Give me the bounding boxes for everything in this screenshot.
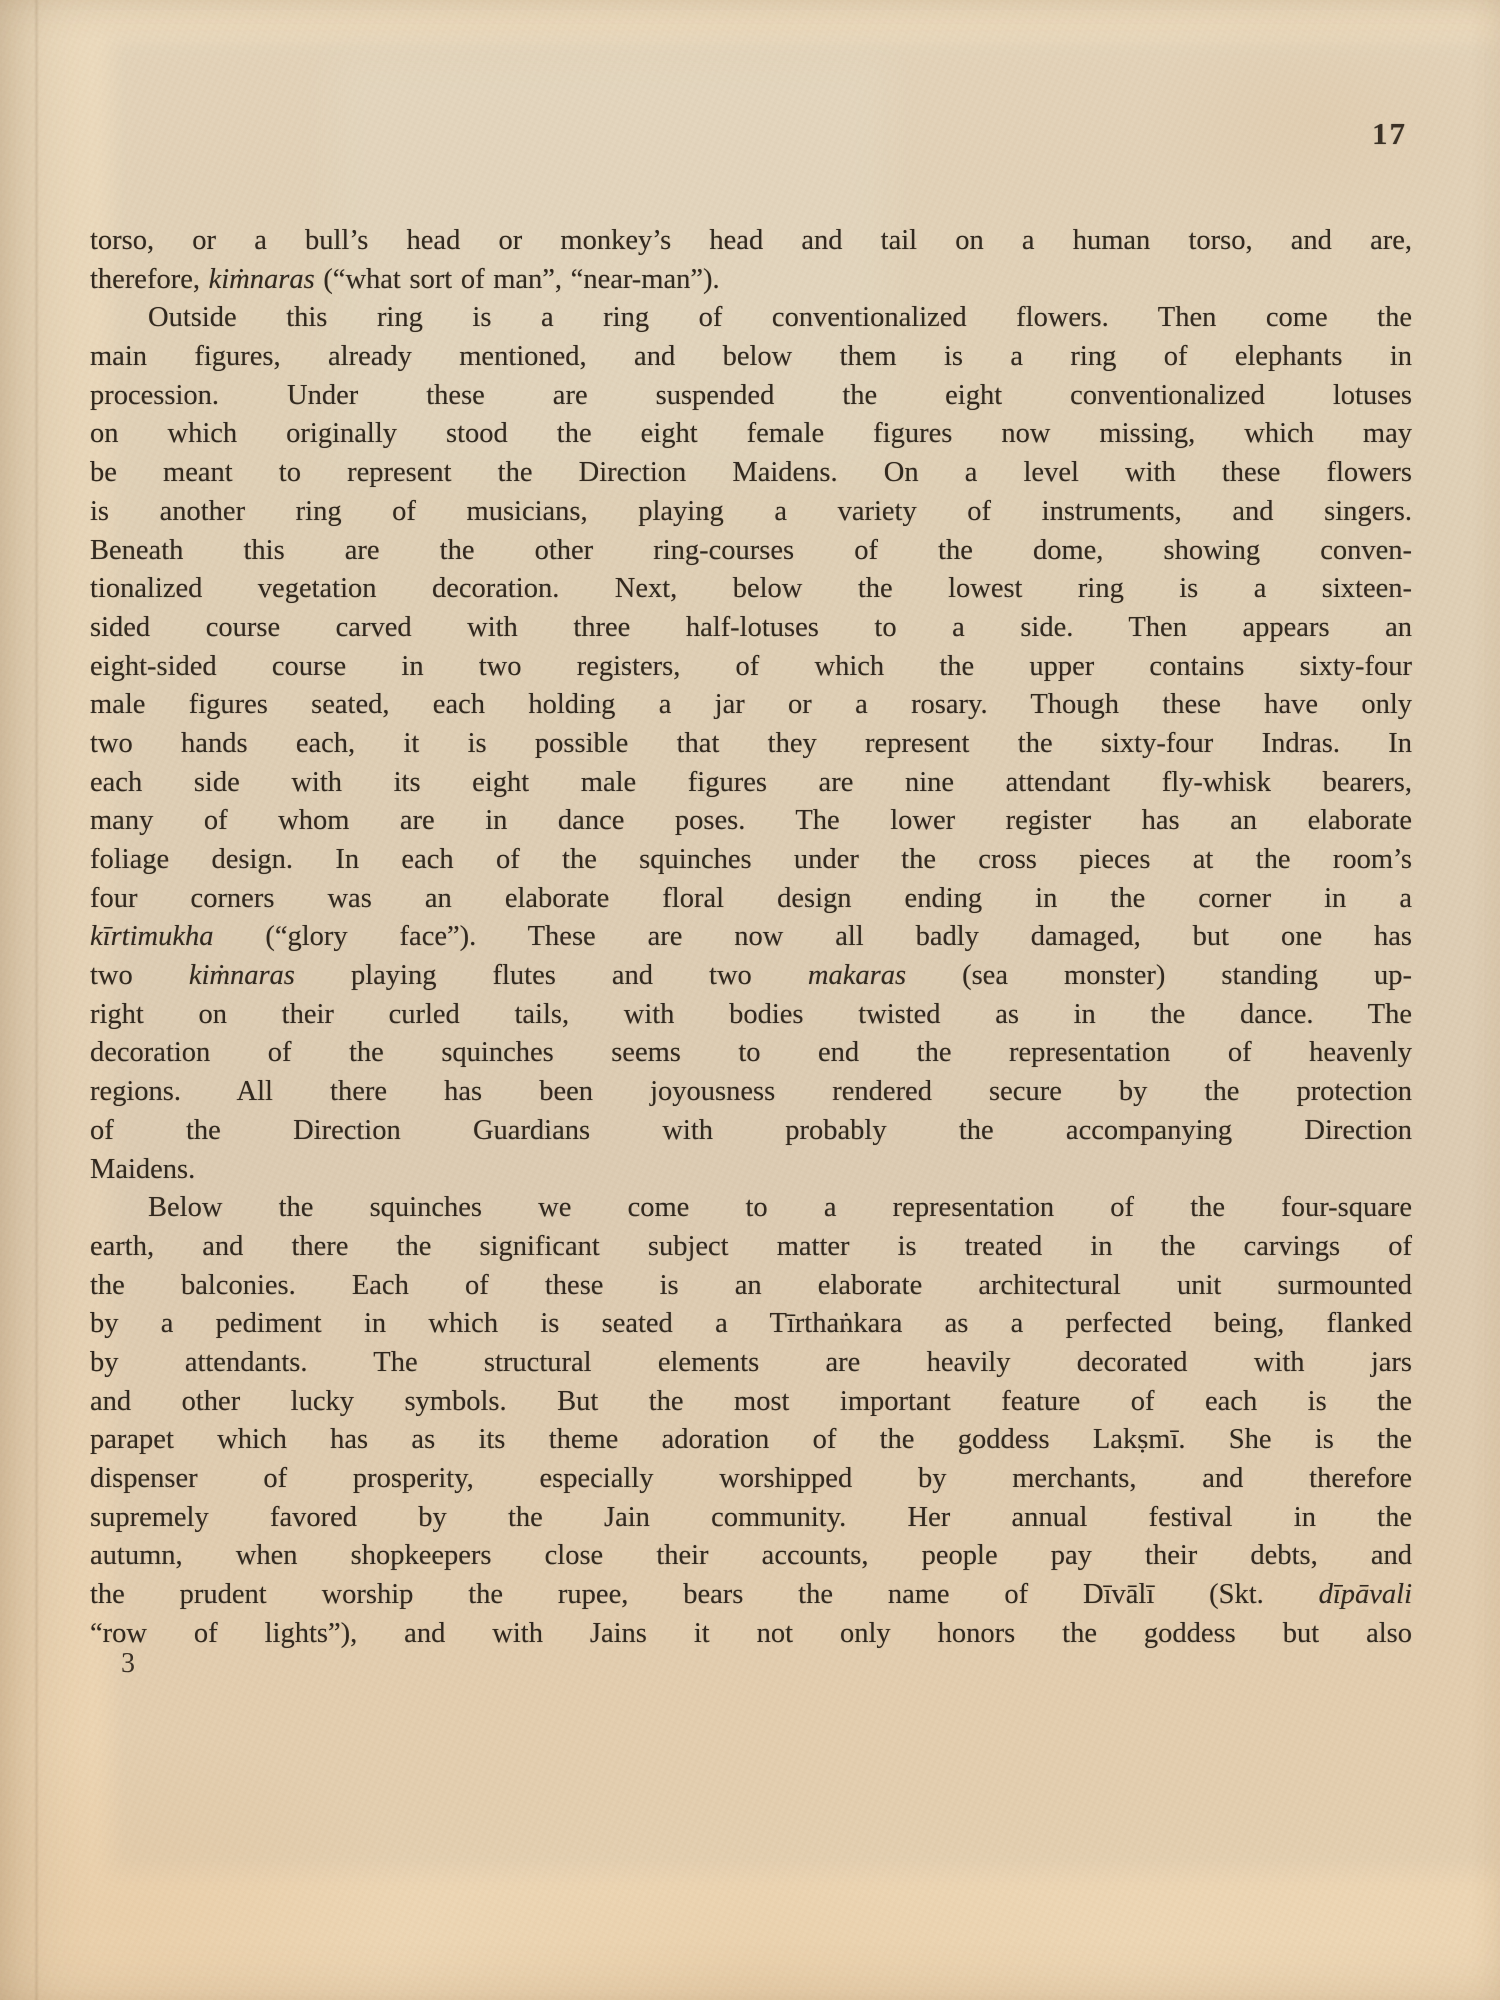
text-line: procession. Under these are suspended th… <box>90 377 1412 416</box>
text-run: Maidens. <box>90 1154 195 1185</box>
text-line: many of whom are in dance poses. The low… <box>90 802 1412 841</box>
text-line: tionalized vegetation decoration. Next, … <box>90 570 1412 609</box>
text-run: Beneath this are the other ring-courses … <box>90 535 1412 566</box>
text-run: and other lucky symbols. But the most im… <box>90 1386 1412 1417</box>
text-line: Below the squinches we come to a represe… <box>90 1189 1412 1228</box>
text-line: “row of lights”), and with Jains it not … <box>90 1615 1412 1654</box>
text-line: Outside this ring is a ring of conventio… <box>90 299 1412 338</box>
text-run: playing flutes and two <box>295 960 808 991</box>
text-line: autumn, when shopkeepers close their acc… <box>90 1537 1412 1576</box>
text-line: dispenser of prosperity, especially wors… <box>90 1460 1412 1499</box>
text-run: supremely favored by the Jain community.… <box>90 1502 1412 1533</box>
text-line: by a pediment in which is seated a Tīrth… <box>90 1305 1412 1344</box>
text-run: male figures seated, each holding a jar … <box>90 689 1412 720</box>
text-run: earth, and there the significant subject… <box>90 1231 1412 1262</box>
text-line: two hands each, it is possible that they… <box>90 725 1412 764</box>
text-run: each side with its eight male figures ar… <box>90 767 1412 798</box>
text-line: earth, and there the significant subject… <box>90 1228 1412 1267</box>
text-run: two hands each, it is possible that they… <box>90 728 1412 759</box>
text-line: decoration of the squinches seems to end… <box>90 1034 1412 1073</box>
text-line: foliage design. In each of the squinches… <box>90 841 1412 880</box>
text-run: main figures, already mentioned, and bel… <box>90 341 1412 372</box>
text-run: (“what sort of man”, “near-man”). <box>315 264 720 295</box>
text-run: on which originally stood the eight fema… <box>90 418 1412 449</box>
text-run: therefore, <box>90 264 209 295</box>
text-line: on which originally stood the eight fema… <box>90 415 1412 454</box>
text-run: the prudent worship the rupee, bears the… <box>90 1579 1319 1610</box>
text-run: many of whom are in dance poses. The low… <box>90 805 1412 836</box>
text-run: be meant to represent the Direction Maid… <box>90 457 1412 488</box>
text-run: Below the squinches we come to a represe… <box>148 1192 1412 1223</box>
text-line: sided course carved with three half-lotu… <box>90 609 1412 648</box>
page-number: 17 <box>1372 116 1407 152</box>
text-run: tionalized vegetation decoration. Next, … <box>90 573 1412 604</box>
italic-term: dīpāvali <box>1319 1579 1412 1610</box>
text-run: foliage design. In each of the squinches… <box>90 844 1412 875</box>
text-line: the prudent worship the rupee, bears the… <box>90 1576 1412 1615</box>
text-line: be meant to represent the Direction Maid… <box>90 454 1412 493</box>
text-run: eight-sided course in two registers, of … <box>90 651 1412 682</box>
text-run: sided course carved with three half-lotu… <box>90 612 1412 643</box>
text-line: two kiṁnaras playing flutes and two maka… <box>90 957 1412 996</box>
text-line: torso, or a bull’s head or monkey’s head… <box>90 222 1412 261</box>
text-line: regions. All there has been joyousness r… <box>90 1073 1412 1112</box>
text-run: four corners was an elaborate floral des… <box>90 883 1412 914</box>
text-line: right on their curled tails, with bodies… <box>90 996 1412 1035</box>
text-line: the balconies. Each of these is an elabo… <box>90 1267 1412 1306</box>
italic-term: kīrtimukha <box>90 921 213 952</box>
text-line: main figures, already mentioned, and bel… <box>90 338 1412 377</box>
text-line: of the Direction Guardians with probably… <box>90 1112 1412 1151</box>
text-run: Outside this ring is a ring of conventio… <box>148 302 1412 333</box>
text-run: torso, or a bull’s head or monkey’s head… <box>90 225 1412 256</box>
text-line: and other lucky symbols. But the most im… <box>90 1383 1412 1422</box>
text-run: right on their curled tails, with bodies… <box>90 999 1412 1030</box>
text-line: is another ring of musicians, playing a … <box>90 493 1412 532</box>
signature-mark: 3 <box>121 1648 135 1680</box>
text-run: decoration of the squinches seems to end… <box>90 1037 1412 1068</box>
page-crease <box>34 0 39 2000</box>
text-line: therefore, kiṁnaras (“what sort of man”,… <box>90 261 1412 300</box>
italic-term: kiṁnaras <box>209 264 315 295</box>
text-run: the balconies. Each of these is an elabo… <box>90 1270 1412 1301</box>
text-run: “row of lights”), and with Jains it not … <box>90 1618 1412 1649</box>
text-run: parapet which has as its theme adoration… <box>90 1424 1412 1455</box>
text-line: each side with its eight male figures ar… <box>90 764 1412 803</box>
text-run: of the Direction Guardians with probably… <box>90 1115 1412 1146</box>
text-line: supremely favored by the Jain community.… <box>90 1499 1412 1538</box>
text-line: Beneath this are the other ring-courses … <box>90 532 1412 571</box>
text-run: by a pediment in which is seated a Tīrth… <box>90 1308 1412 1339</box>
text-line: kīrtimukha (“glory face”). These are now… <box>90 918 1412 957</box>
italic-term: kiṁnaras <box>189 960 295 991</box>
text-run: dispenser of prosperity, especially wors… <box>90 1463 1412 1494</box>
text-run: (“glory face”). These are now all badly … <box>213 921 1412 952</box>
text-line: by attendants. The structural elements a… <box>90 1344 1412 1383</box>
italic-term: makaras <box>808 960 906 991</box>
text-run: is another ring of musicians, playing a … <box>90 496 1412 527</box>
text-run: procession. Under these are suspended th… <box>90 380 1412 411</box>
text-run: by attendants. The structural elements a… <box>90 1347 1412 1378</box>
text-run: autumn, when shopkeepers close their acc… <box>90 1540 1412 1571</box>
text-line: four corners was an elaborate floral des… <box>90 880 1412 919</box>
text-line: eight-sided course in two registers, of … <box>90 648 1412 687</box>
text-line: Maidens. <box>90 1151 1412 1190</box>
text-line: parapet which has as its theme adoration… <box>90 1421 1412 1460</box>
text-run: (sea monster) standing up- <box>906 960 1412 991</box>
text-run: regions. All there has been joyousness r… <box>90 1076 1412 1107</box>
text-line: male figures seated, each holding a jar … <box>90 686 1412 725</box>
text-run: two <box>90 960 189 991</box>
body-text: torso, or a bull’s head or monkey’s head… <box>90 222 1412 1653</box>
scanned-book-page: 17 torso, or a bull’s head or monkey’s h… <box>0 0 1500 2000</box>
